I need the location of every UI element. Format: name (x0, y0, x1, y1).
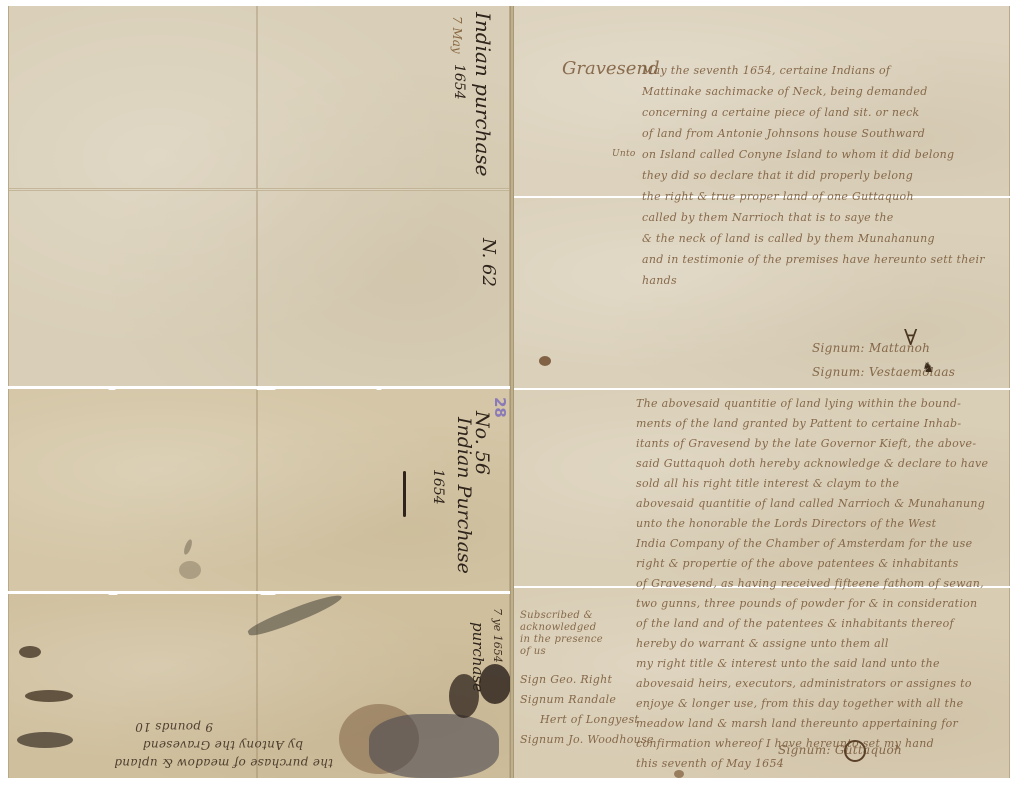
witness: Sign Geo. Right (520, 670, 654, 690)
deed-line: the right & true proper land of one Gutt… (642, 186, 985, 207)
left-half-docket-side: Indian purchase 7 May 1654 N. 62 28 No. … (8, 6, 510, 778)
deed-body-text: May the seventh 1654, certaine Indians o… (642, 60, 985, 291)
deed-line: of land from Antonie Johnsons house Sout… (642, 123, 985, 144)
docket-number-62: N. 62 (499, 238, 510, 259)
docket-year-middle: 1654 (446, 469, 482, 485)
ink-stroke (403, 471, 406, 517)
stain (674, 770, 684, 778)
witness: Signum Randale (520, 690, 654, 710)
deed-line: May the seventh 1654, certaine Indians o… (642, 60, 985, 81)
stain (179, 561, 201, 579)
release-line: hereby do warrant & assigne unto them al… (636, 634, 988, 654)
ink-smear (246, 590, 344, 640)
inverted-docket-line: the purchase of meadow & upland (114, 754, 333, 772)
release-line: sold all his right title interest & clay… (636, 474, 988, 494)
release-text: The abovesaid quantitie of land lying wi… (636, 394, 988, 774)
docket-title-text: Indian purchase (471, 12, 495, 177)
deed-line: concerning a certaine piece of land sit.… (642, 102, 985, 123)
release-line: abovesaid quantitie of land called Narri… (636, 494, 988, 514)
release-line: India Company of the Chamber of Amsterda… (636, 534, 988, 554)
witness-attestation: Subscribed & acknowledged in the presenc… (520, 610, 603, 658)
release-line: said Guttaquoh doth hereby acknowledge &… (636, 454, 988, 474)
animal-mark-icon: ♞ (922, 360, 935, 376)
deed-line: on Island called Conyne Island to whom i… (642, 144, 985, 165)
inverted-docket-line: by Antony the Gravesend (114, 736, 333, 754)
release-line: right & propertie of the above patentees… (636, 554, 988, 574)
release-line: abovesaid heirs, executors, administrato… (636, 674, 988, 694)
fold-tear (108, 591, 118, 595)
deed-line: & the neck of land is called by them Mun… (642, 228, 985, 249)
fold-tear (108, 386, 116, 390)
release-line: enjoye & longer use, from this day toget… (636, 694, 988, 714)
stain (182, 538, 193, 555)
left-panel-middle: 28 No. 56 Indian Purchase 1654 (8, 389, 510, 591)
inverted-docket: the purchase of meadow & upland by Anton… (33, 692, 333, 772)
inverted-docket-line: 9 pounds 10 (114, 718, 333, 736)
circle-mark-icon (844, 740, 866, 762)
release-line: unto the honorable the Lords Directors o… (636, 514, 988, 534)
fold-tear (256, 386, 276, 390)
docket-year-top: 1654 (467, 64, 503, 80)
witness: Hert of Longyest (520, 710, 654, 730)
release-line: meadow land & marsh land thereunto apper… (636, 714, 988, 734)
left-panel-top: Indian purchase 7 May 1654 N. 62 (8, 6, 510, 386)
ink-stain (369, 714, 499, 778)
docket-title-middle: Indian Purchase (475, 417, 510, 439)
release-line: of the land and of the patentees & inhab… (636, 614, 988, 634)
v-mark-icon: ∀ (904, 326, 917, 351)
signature-line: Signum: Mattanoh (812, 336, 955, 360)
deed-line: Mattinake sachimacke of Neck, being dema… (642, 81, 985, 102)
deed-line: and in testimonie of the premises have h… (642, 249, 985, 270)
final-signature: Signum: Guttaquoh (778, 740, 902, 761)
deed-line: called by them Narrioch that is to saye … (642, 207, 985, 228)
horizontal-fold (9, 188, 509, 191)
left-panel-bottom: 7 ye 1654 purchase the purchase of meado… (8, 594, 510, 778)
deed-line: they did so declare that it did properly… (642, 165, 985, 186)
release-line: two gunns, three pounds of powder for & … (636, 594, 988, 614)
vertical-fold (256, 389, 258, 591)
vertical-fold (256, 6, 258, 386)
right-half-deed: Gravesend May the seventh 1654, certaine… (512, 6, 1010, 778)
witness: Signum Jo. Woodhouse (520, 730, 654, 750)
release-line: my right title & interest unto the said … (636, 654, 988, 674)
docket-date-note: 7 May (464, 16, 502, 30)
docket-bottom-purchase: purchase (487, 622, 510, 640)
release-line: ments of the land granted by Pattent to … (636, 414, 988, 434)
stain (539, 356, 551, 366)
center-fold (510, 6, 514, 778)
release-line: of Gravesend, as having received fifteen… (636, 574, 988, 594)
margin-note: Unto (612, 144, 636, 165)
manuscript-sheet: Indian purchase 7 May 1654 N. 62 28 No. … (8, 6, 1010, 778)
deed-line: hands (642, 270, 985, 291)
release-line: itants of Gravesend by the late Governor… (636, 434, 988, 454)
ink-blot (19, 646, 41, 658)
fold-tear (376, 386, 382, 390)
fold-tear (260, 591, 276, 595)
release-line: The abovesaid quantitie of land lying wi… (636, 394, 988, 414)
witness-names: Sign Geo. Right Signum Randale Hert of L… (520, 670, 654, 750)
